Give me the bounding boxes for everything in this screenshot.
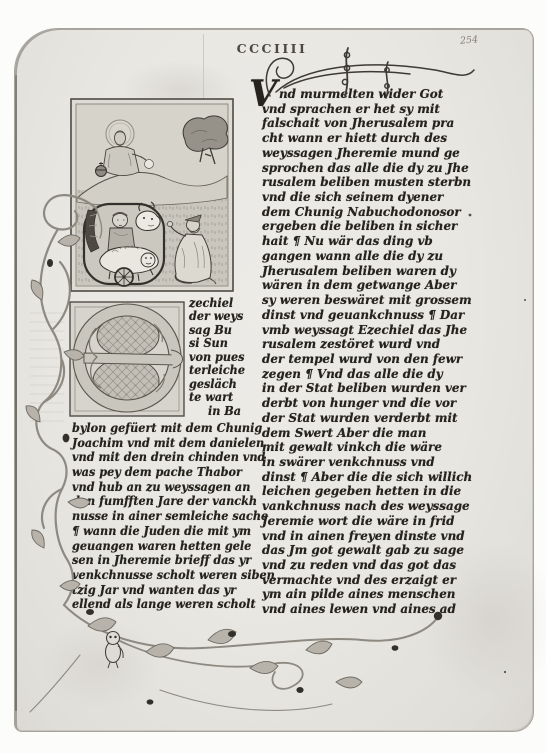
text-line: Joachim vnd mit dem danielen (72, 436, 275, 451)
text-line: te wart (189, 391, 245, 404)
text-line: Jeremie wort die wäre in frid (262, 514, 472, 529)
text-line: falschait von Jherusalem pra (262, 116, 472, 131)
text-line: mit gewalt vinkch die wäre (262, 440, 472, 455)
text-line: weyssagen Jheremie mund ge (262, 146, 472, 161)
initial-inset-column: zechielder weyssag Busi Sunvon puesterle… (189, 297, 248, 418)
text-line: zegen ¶ Vnd das alle die dy (262, 367, 472, 382)
text-line: in der Stat beliben wurden ver (262, 381, 472, 396)
text-line: vmb weyssagt Ezechiel das Jhe (262, 323, 472, 338)
manuscript-photo: CCCIIII 254 (0, 0, 546, 753)
text-line: das Jm got gewalt gab zu sage (262, 543, 472, 558)
text-line: in swärer venkchnuss vnd (262, 455, 472, 470)
text-line: rusalem zestöret wurd vnd (262, 337, 472, 352)
text-line: gangen wann alle die dy zu (262, 249, 472, 264)
text-line: nusse in ainer semleiche sache (72, 509, 275, 524)
miniature-illustration (70, 98, 234, 292)
text-line: ellend als lange weren scholt (72, 597, 275, 612)
text-line: bylon gefüert mit dem Chunig (72, 421, 275, 436)
text-line: derbt von hunger vnd die vor (262, 396, 472, 411)
text-line: vnd zu reden vnd das got das (262, 558, 472, 573)
folio-number: 254 (460, 34, 479, 47)
text-line: der tempel wurd von den fewr (262, 352, 472, 367)
text-line: geuangen waren hetten gele (72, 539, 275, 554)
text-line: der weys (189, 310, 245, 323)
text-line: ¶ wann die Juden die mit ym (72, 524, 275, 539)
text-line: tzig Jar vnd wanten das yr (72, 583, 275, 598)
text-line: was pey dem pache Thabor (72, 465, 275, 480)
text-line: vermachte vnd des erzaigt er (262, 573, 472, 588)
text-line: terleiche (189, 364, 245, 377)
text-line: nd murmelten wider Got (279, 87, 473, 102)
text-line: vnd aines lewen vnd aines ad (262, 602, 472, 617)
text-line: dinst vnd geuankchnuss ¶ Dar (262, 308, 472, 323)
text-line: dinst ¶ Aber die die sich willich (262, 470, 472, 485)
text-line: venkchnusse scholt weren siben (72, 568, 275, 583)
chariot-wheel-icon (115, 268, 133, 286)
text-line: gesläch (189, 378, 245, 391)
text-line: sy weren beswäret mit grossem (262, 293, 472, 308)
text-line: den fumfften Jare der vanckh (72, 494, 275, 509)
chariot-icon (84, 202, 164, 286)
right-text-column: nd murmelten wider Gotvnd sprachen er he… (262, 87, 479, 617)
text-line: vankchnuss nach des weyssage (262, 499, 472, 514)
decorated-initial-E (68, 300, 190, 420)
text-line: dem Chunig Nabuchodonosor (262, 205, 472, 220)
text-line: in Ba (189, 405, 245, 418)
text-line: ergeben die beliben in sicher (262, 219, 472, 234)
text-line: ym ain pilde aines menschen (262, 587, 472, 602)
text-line: vnd die sich seinem dyener (262, 190, 472, 205)
text-line: leichen gegeben hetten in die (262, 484, 472, 499)
text-line: hait ¶ Nu wär das ding vb (262, 234, 472, 249)
text-line: von pues (189, 351, 245, 364)
text-line: vnd in ainen freyen dinste vnd (262, 529, 472, 544)
text-line: vnd mit den drein chinden vnd (72, 450, 275, 465)
left-text-column: bylon gefüert mit dem ChunigJoachim vnd … (72, 421, 290, 612)
text-line: vnd hub an zu weyssagen an (72, 480, 275, 495)
text-line: si Sun (189, 337, 245, 350)
text-line: rusalem beliben musten sterbn (262, 175, 472, 190)
text-line: der Stat wurden verderbt mit (262, 411, 472, 426)
text-line: sag Bu (189, 324, 245, 337)
show-through-smudge (30, 312, 64, 424)
text-line: Jherusalem beliben waren dy (262, 264, 472, 279)
text-line: zechiel (189, 297, 245, 310)
text-line: sen in Jheremie brieff das yr (72, 553, 275, 568)
text-line: dem Swert Aber die man (262, 426, 472, 441)
text-line: cht wann er hiett durch des (262, 131, 472, 146)
text-line: vnd sprachen er het sy mit (262, 102, 472, 117)
text-line: sprochen das alle die dy zu Jhe (262, 161, 472, 176)
page-heading-numeral: CCCIIII (222, 41, 322, 56)
text-line: wären in dem getwange Aber (262, 278, 472, 293)
